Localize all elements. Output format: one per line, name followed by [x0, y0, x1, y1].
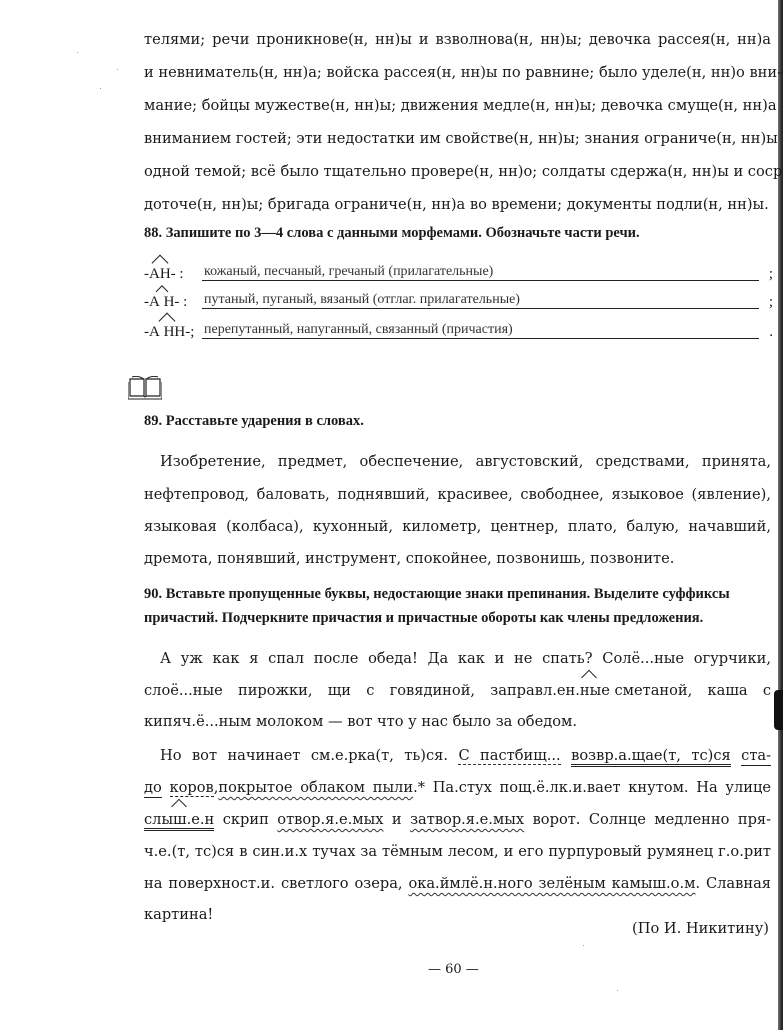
line-end-punct: .: [769, 324, 773, 341]
book-icon: [128, 376, 162, 400]
text-line: ч.е.(т, тс)ся в син.и.х тучах за тёмным …: [144, 841, 771, 863]
text-line: нефтепровод, баловать, поднявший, красив…: [144, 484, 771, 506]
task-89-title: 89. Расставьте ударения в словах.: [144, 413, 364, 430]
text-line: одной темой; всё было тщательно провере(…: [144, 161, 771, 183]
text-line: до коров,покрытое облаком пыли.* Па.стух…: [144, 777, 771, 799]
scan-speck: [100, 88, 101, 89]
text-fragment: слоё...ные пирожки, щи с говядиной,: [144, 682, 475, 699]
text-line: языковая (колбаса), кухонный, километр, …: [144, 516, 771, 538]
text-line: дремота, понявший, инструмент, спокойнее…: [144, 548, 771, 570]
morpheme-row: -А Н- : путаный, пуганый, вязаный (отгла…: [144, 290, 773, 314]
text-line: Изобретение, предмет, обеспечение, авгус…: [160, 451, 771, 473]
subject-underline: ста-: [741, 747, 771, 766]
text-fragment: , каша с: [688, 682, 771, 699]
task-90-title-line: причастий. Подчеркните причастия и прича…: [144, 610, 703, 627]
line-end-punct: ;: [769, 266, 773, 283]
morpheme-answer-field[interactable]: кожаный, песчаный, гречаный (прилагатель…: [202, 264, 759, 281]
text-line: мание; бойцы мужестве(н, нн)ы; движения …: [144, 95, 771, 117]
text-line: слоё...ные пирожки, щи с говядиной, запр…: [144, 680, 771, 702]
participle-phrase: ока.ймлё.н.ного зелёным камыш.о.м: [408, 875, 695, 892]
scan-speck: [583, 945, 584, 946]
text-line: слыш.е.н скрип отвор.я.е.мых и затвор.я.…: [144, 809, 771, 831]
scan-speck: [617, 990, 618, 991]
morpheme-label: -АН- :: [144, 266, 196, 283]
adverbial-underline: С пастбищ...: [458, 747, 560, 765]
page-number: — 60 —: [428, 962, 479, 977]
subject-underline: до: [144, 779, 162, 798]
task-88-title: 88. Запишите по 3—4 слова с данными морф…: [144, 225, 640, 242]
scanned-page-edge: [778, 0, 783, 1030]
text-line: кипяч.ё...ным молоком — вот что у нас бы…: [144, 711, 771, 733]
text-line: телями; речи проникнове(н, нн)ы и взволн…: [144, 29, 771, 51]
participle-underline: отвор.я.е.мых: [277, 811, 383, 828]
task-90-title-line: 90. Вставьте пропущенные буквы, недостаю…: [144, 586, 730, 603]
text-line: вниманием гостей; эти недостатки им свой…: [144, 128, 771, 150]
scan-speck: [77, 52, 78, 53]
text-line: А уж как я спал после обеда! Да как и не…: [160, 648, 771, 670]
morpheme-label: -А Н- :: [144, 294, 196, 311]
object-underline: коров: [170, 779, 214, 797]
text-line: доточе(н, нн)ы; бригада ограниче(н, нн)а…: [144, 194, 771, 216]
predicate-underline: слыш.е.н: [144, 811, 214, 831]
page-edge-shadow: [774, 690, 783, 730]
morpheme-label: -А НН-;: [144, 324, 196, 341]
participle-phrase: заправл.ен.ные сметаной: [490, 682, 687, 699]
scan-speck: [117, 69, 118, 70]
morpheme-row: -АН- : кожаный, песчаный, гречаный (прил…: [144, 262, 773, 286]
morpheme-answer-field[interactable]: перепутанный, напуганный, связанный (при…: [202, 322, 759, 339]
text-line: Но вот начинает см.е.рка(т, ть)ся. С пас…: [160, 745, 771, 767]
morpheme-row: -А НН-; перепутанный, напуганный, связан…: [144, 320, 773, 344]
line-end-punct: ;: [769, 294, 773, 311]
participle-underline: затвор.я.е.мых: [410, 811, 524, 828]
author-attribution: (По И. Никитину): [632, 920, 769, 937]
predicate-underline: возвр.а.щае(т, тс)ся: [571, 747, 731, 767]
participle-phrase: покрытое облаком пыли: [218, 779, 413, 796]
morpheme-answer-field[interactable]: путаный, пуганый, вязаный (отглаг. прила…: [202, 292, 759, 309]
text-line: на поверхност.и. светлого озера, ока.ймл…: [144, 873, 771, 895]
text-line: и невниматель(н, нн)а; войска рассея(н, …: [144, 62, 771, 84]
